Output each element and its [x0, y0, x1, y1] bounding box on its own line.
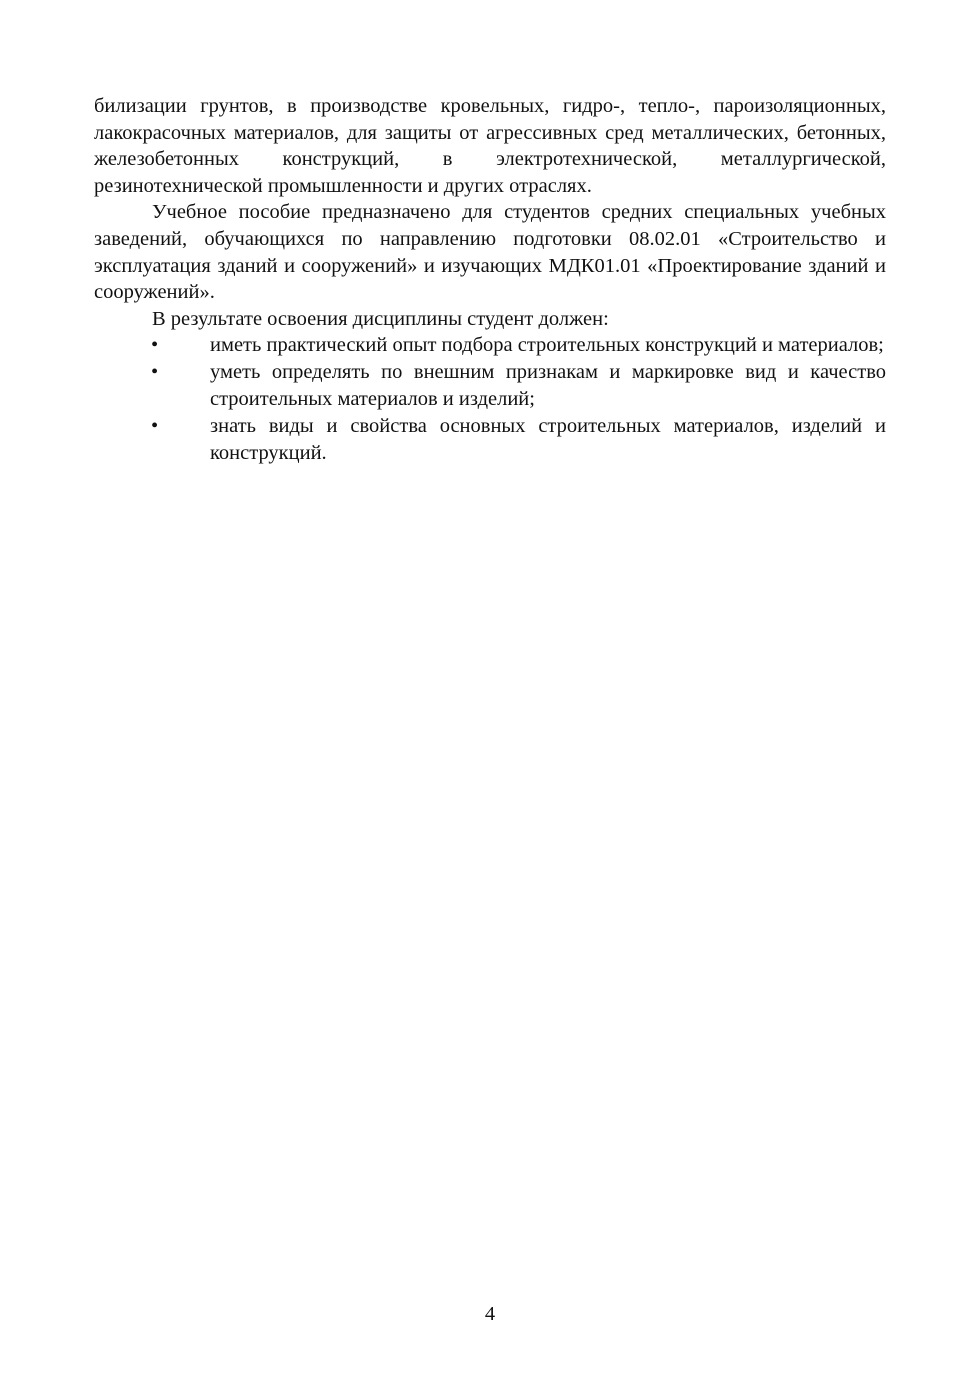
- list-item: • уметь определять по внешним признакам …: [94, 359, 886, 412]
- paragraph-purpose: Учебное пособие предназначено для студен…: [94, 199, 886, 305]
- list-item: • знать виды и свойства основных строите…: [94, 413, 886, 466]
- bullet-icon: •: [151, 359, 171, 386]
- bullet-icon: •: [151, 413, 171, 440]
- list-item: • иметь практический опыт подбора строит…: [94, 332, 886, 359]
- paragraph-outcomes-intro: В результате освоения дисциплины студент…: [94, 306, 886, 333]
- page-number: 4: [0, 1303, 980, 1326]
- list-item-text: знать виды и свойства основных строитель…: [210, 415, 886, 464]
- list-item-text: иметь практический опыт подбора строител…: [210, 334, 884, 356]
- list-item-text: уметь определять по внешним признакам и …: [210, 361, 886, 410]
- outcomes-list: • иметь практический опыт подбора строит…: [94, 332, 886, 466]
- bullet-icon: •: [151, 332, 171, 359]
- paragraph-continuation: билизации грунтов, в производстве кровел…: [94, 93, 886, 199]
- page-body: билизации грунтов, в производстве кровел…: [94, 93, 886, 466]
